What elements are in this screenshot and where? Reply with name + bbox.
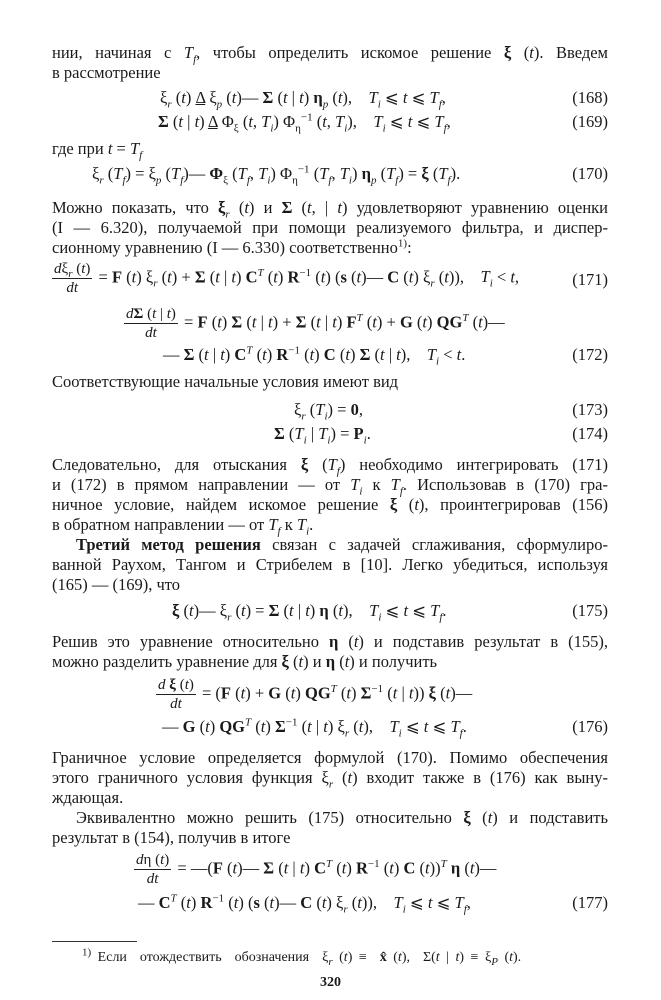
text-line: этого граничного условия функция ξr (t) … <box>52 768 608 788</box>
text-line: ждающая. <box>52 788 608 808</box>
equation-number: (172) <box>572 345 608 365</box>
text-line: можно разделить уравнение для ξ (t) и η … <box>52 652 608 672</box>
equation-number: (169) <box>572 112 608 132</box>
equation-169: Σ (t | t) Δ Φξ (t, Ti) Φη−1 (t, Ti), Ti … <box>158 112 451 132</box>
text-line: Можно показать, что ξr (t) и Σ (t, | t) … <box>52 198 608 218</box>
text-line: в рассмотрение <box>52 63 608 83</box>
equation-176-line1: d ξ (t)dt = (F (t) + G (t) QGT (t) Σ−1 (… <box>156 676 472 713</box>
text-line: результат в (154), получив в итоге <box>52 828 608 848</box>
equation-172-line1: dΣ (t | t)dt = F (t) Σ (t | t) + Σ (t | … <box>124 305 505 342</box>
equation-174: Σ (Ti | Ti) = Pi. <box>274 424 371 444</box>
text-line: сионному уравнению (I — 6.330) соответст… <box>52 238 608 258</box>
equation-number: (171) <box>572 270 608 290</box>
equation-number: (170) <box>572 164 608 184</box>
text-line: Граничное условие определяется формулой … <box>52 748 608 768</box>
equation-number: (177) <box>572 893 608 913</box>
text-line: в обратном направлении — от Tf к Ti. <box>52 515 608 535</box>
text-line: и (172) в прямом направлении — от Ti к T… <box>52 475 608 495</box>
equation-number: (175) <box>572 601 608 621</box>
text-line: (I — 6.320), получаемой при помощи реали… <box>52 218 608 238</box>
text-line: нии, начиная с Tf, чтобы определить иско… <box>52 43 608 63</box>
text-line: Эквивалентно можно решить (175) относите… <box>52 808 608 828</box>
text-line: Следовательно, для отыскания ξ (Tf) необ… <box>52 455 608 475</box>
footnote-divider <box>52 941 137 942</box>
equation-175: ξ (t)— ξr (t) = Σ (t | t) η (t), Ti ⩽ t … <box>172 601 447 621</box>
text-line: Третий метод решения связан с задачей сг… <box>52 535 608 555</box>
equation-number: (168) <box>572 88 608 108</box>
equation-173: ξr (Ti) = 0, <box>294 400 363 420</box>
equation-168: ξr (t) Δ ξp (t)— Σ (t | t) ηp (t), Ti ⩽ … <box>160 88 446 108</box>
equation-176-line2: — G (t) QGT (t) Σ−1 (t | t) ξr (t), Ti ⩽… <box>162 717 467 737</box>
text-line: Решив это уравнение относительно η (t) и… <box>52 632 608 652</box>
text-line: где при t = Tf <box>52 139 608 159</box>
page-number: 320 <box>0 975 661 991</box>
equation-171: dξr (t)dt = F (t) ξr (t) + Σ (t | t) CT … <box>52 260 519 297</box>
equation-number: (173) <box>572 400 608 420</box>
equation-177-line2: — CT (t) R−1 (t) (s (t)— C (t) ξr (t)), … <box>138 893 471 913</box>
equation-170: ξr (Tf) = ξp (Tf)— Φξ (Tf, Ti) Φη−1 (Tf,… <box>92 164 460 184</box>
text-line: Соответствующие начальные условия имеют … <box>52 372 608 392</box>
equation-177-line1: dη (t)dt = —(F (t)— Σ (t | t) CT (t) R−1… <box>134 851 496 888</box>
equation-number: (176) <box>572 717 608 737</box>
text-line: (165) — (169), что <box>52 575 608 595</box>
text-line: ничное условие, найдем искомое решение ξ… <box>52 495 608 515</box>
equation-172-line2: — Σ (t | t) CT (t) R−1 (t) C (t) Σ (t | … <box>163 345 465 365</box>
equation-number: (174) <box>572 424 608 444</box>
method-heading: Третий метод решения <box>76 535 261 554</box>
footnote: 1) Если отождествить обозначения ξr (t) … <box>82 949 521 967</box>
text-line: ванной Раухом, Тангом и Стрибелем в [10]… <box>52 555 608 575</box>
